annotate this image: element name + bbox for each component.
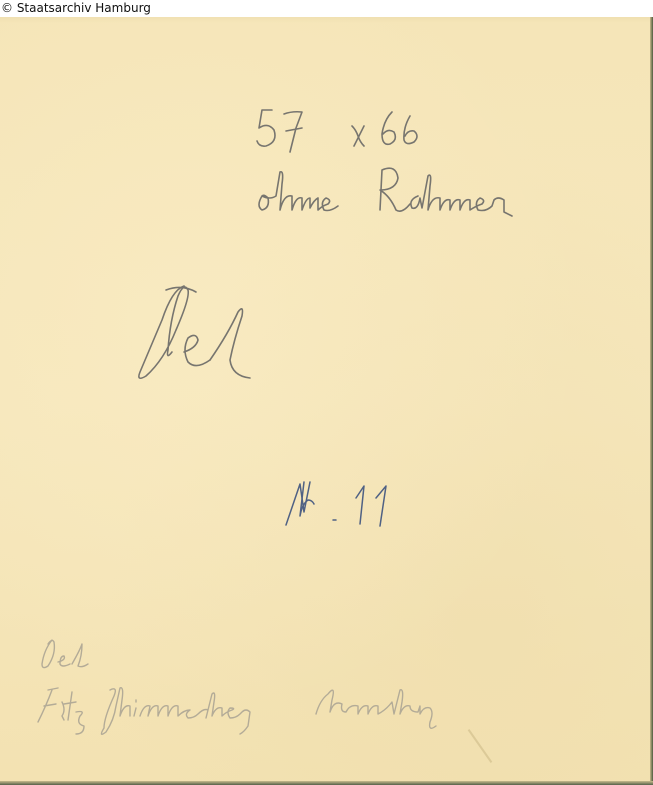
note-artist [38,688,436,735]
handwriting-layer [0,0,653,785]
note-frame [259,168,512,216]
note-technique-faint [42,640,88,668]
note-technique [139,286,250,378]
note-number [286,482,386,526]
note-dimensions [257,110,417,152]
